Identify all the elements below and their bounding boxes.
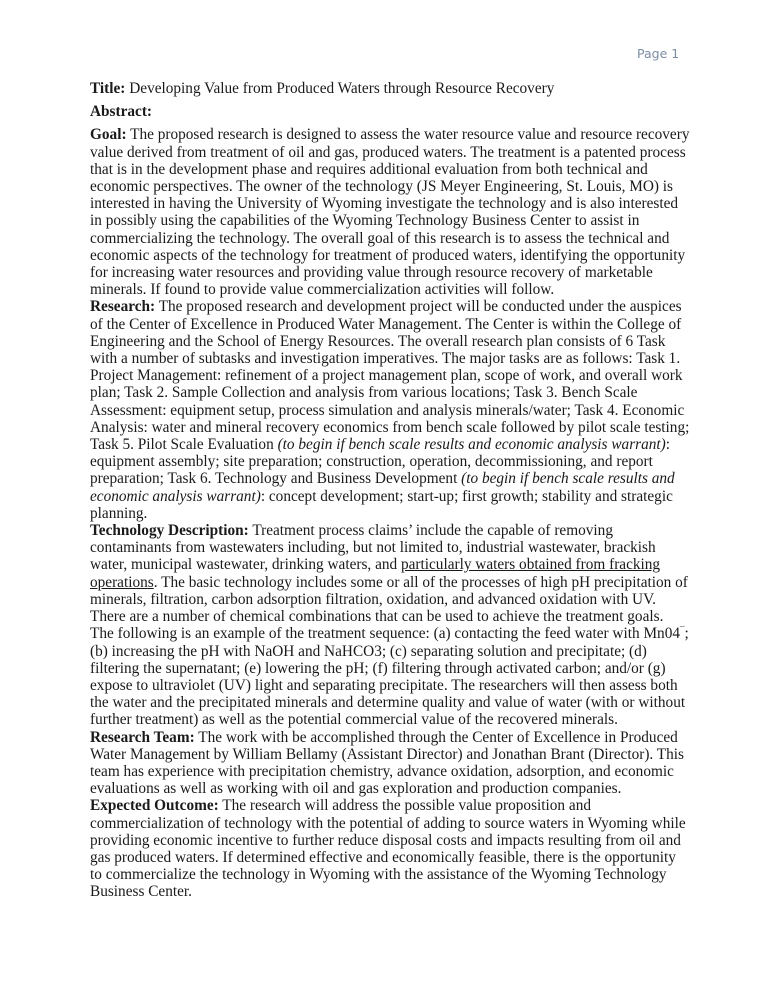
document-title: Title: Developing Value from Produced Wa… (90, 80, 690, 97)
research-text-1: The proposed research and development pr… (90, 298, 689, 453)
team-paragraph: Research Team: The work with be accompli… (90, 729, 690, 798)
title-label: Title: (90, 80, 125, 97)
technology-text-2: . The basic technology includes some or … (90, 574, 688, 643)
goal-label: Goal: (90, 126, 127, 143)
goal-text: The proposed research is designed to ass… (90, 126, 689, 298)
document-body: Title: Developing Value from Produced Wa… (90, 80, 690, 901)
technology-paragraph: Technology Description: Treatment proces… (90, 522, 690, 728)
research-italic-1: (to begin if bench scale results and eco… (278, 436, 666, 453)
research-label: Research: (90, 298, 155, 315)
page-number: Page 1 (637, 46, 679, 61)
outcome-label: Expected Outcome: (90, 797, 219, 814)
research-paragraph: Research: The proposed research and deve… (90, 298, 690, 522)
goal-paragraph: Goal: The proposed research is designed … (90, 126, 690, 298)
technology-label: Technology Description: (90, 522, 249, 539)
abstract-heading: Abstract: (90, 103, 690, 120)
title-text: Developing Value from Produced Waters th… (125, 80, 554, 97)
outcome-paragraph: Expected Outcome: The research will addr… (90, 797, 690, 900)
team-label: Research Team: (90, 729, 195, 746)
